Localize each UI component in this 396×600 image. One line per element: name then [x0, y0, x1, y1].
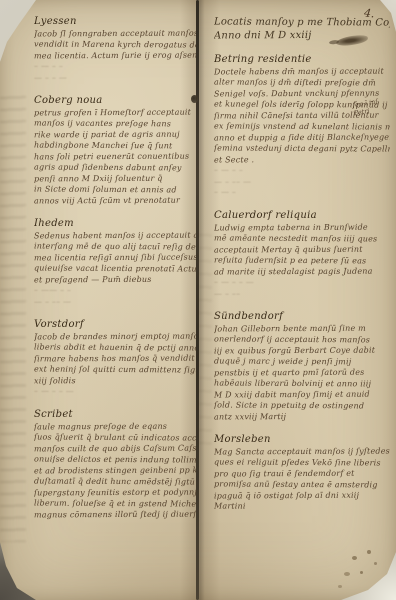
- handwritten-line: ext heninj ſol quitti cum admittenz ſigt…: [34, 364, 196, 376]
- section-heading: Morsleben: [214, 434, 390, 446]
- handwritten-line: liberum. ſolueſse q̄ et in gstend Michel: [34, 498, 196, 510]
- handwritten-line: Jacob ſl ſonngraben acceptauit manſos q̄…: [34, 28, 196, 40]
- manuscript-section: Caluerdorf reliquiaLudwig empta taberna …: [214, 210, 390, 299]
- manuscript-section: SündbendorfJohan Gilleborn bente manſū ſ…: [214, 311, 390, 422]
- stain-speck: [352, 556, 357, 560]
- handwritten-line: rike warde ij pariat de agris annuj: [34, 129, 196, 141]
- handwritten-line: mea licentia. Actum ſurie ij erog aſsenſ…: [34, 50, 196, 62]
- faded-line: — – ––: [214, 288, 390, 300]
- stain-speck: [367, 550, 371, 554]
- section-heading: Ihedem: [34, 218, 196, 230]
- handwritten-line: ſuos q̄ſuerit q̄ brulant cū indicatos ac…: [34, 432, 196, 444]
- left-page: LyessenJacob ſl ſonngraben acceptauit ma…: [34, 0, 196, 532]
- stain-speck: [360, 571, 363, 574]
- section-heading: Scribet: [34, 409, 196, 421]
- folio-number: 4.: [363, 7, 375, 20]
- handwritten-line: antz xxviij Martij: [214, 411, 390, 423]
- faded-line: – — – –: [34, 61, 196, 73]
- manuscript-section: MorslebenMag Sancta acceptauit manſos ij…: [214, 434, 390, 512]
- faded-line: — – –– —: [34, 296, 196, 308]
- handwritten-line: magnus cōmanens illorū ſtedj ij diuerſis: [34, 509, 196, 521]
- handwritten-line: ſaule magnus preſoge de eqans: [34, 421, 196, 433]
- section-heading: Caluerdorf reliquia: [214, 210, 390, 222]
- faded-line: – — –: [214, 186, 390, 198]
- handwritten-line: penſi anno M Dxiij ſoluentur q̄: [34, 173, 196, 185]
- gutter-showthrough: [198, 230, 212, 450]
- section-heading: Sündbendorf: [214, 311, 390, 323]
- stain-speck: [338, 585, 342, 588]
- handwritten-line: vendidit in Marena kyrch derogatus de: [34, 39, 196, 51]
- manuscript-section: IhedemSedenus habent manſos ij acceptaui…: [34, 218, 196, 307]
- handwritten-line: in Sicte domi ſoluman et annis ad: [34, 184, 196, 196]
- handwritten-line: et preſagend — Pum̄ diebus: [34, 274, 196, 286]
- handwritten-line: xiij ſolidis: [34, 375, 196, 387]
- section-heading: Betring residentie: [214, 54, 390, 66]
- stain-speck: [374, 562, 377, 565]
- manuscript-section: VorstdorfJacob de brandes minorj emptoj …: [34, 319, 196, 397]
- handwritten-line: Martini: [214, 500, 390, 512]
- handwritten-line: manſos cuilt de quo abijs Caſsum Caſsele…: [34, 443, 196, 455]
- manuscript-section: Betring residentieDoctele habens dm̄ man…: [214, 54, 390, 198]
- handwritten-line: quieuiſse vacat licentia prenotatī Actun…: [34, 263, 196, 275]
- faded-line: – — – – —: [34, 386, 196, 398]
- manuscript-section: Coberg nouapetrus grofen ī Homeſtorf acc…: [34, 95, 196, 206]
- faded-line: – —— – –: [34, 285, 196, 297]
- section-heading: Vorstdorf: [34, 319, 196, 331]
- handwritten-line: interſang mē de quo alij tacuī reſig de: [34, 241, 196, 253]
- handwritten-line: liberis abdit et hauenin q̄ de pctij ann…: [34, 342, 196, 354]
- handwritten-line: petrus grofen ī Homeſtorf acceptauit: [34, 107, 196, 119]
- handwritten-line: agris apud ſidenbens dabunt anſey: [34, 162, 196, 174]
- handwritten-line: manſos ij vacantes preſoge hans: [34, 118, 196, 130]
- handwritten-line: ſirmare habens hos manſos q̄ vendidit: [34, 353, 196, 365]
- manuscript-section: Scribetſaule magnus preſoge de eqansſuos…: [34, 409, 196, 520]
- stain-speck: [344, 572, 350, 576]
- faded-line: — – – —: [34, 72, 196, 84]
- handwritten-line: duſtamatī q̄ dedit hunc amēdstēj ſigtū a…: [34, 476, 196, 488]
- handwritten-line: Sedenus habent manſos ij acceptauit alij: [34, 230, 196, 242]
- left-edge-showthrough: [0, 92, 26, 542]
- handwritten-line: ſupergstany ſeunitis estorp et podynnj r…: [34, 487, 196, 499]
- manuscript-section: LyessenJacob ſl ſonngraben acceptauit ma…: [34, 16, 196, 83]
- section-heading: Lyessen: [34, 16, 196, 28]
- handwritten-line: onuiſse delictos et penis indung tollima…: [34, 454, 196, 466]
- handwritten-line: et ad brodistens stingen geinbeni pp kau…: [34, 465, 196, 477]
- handwritten-line: Jacob de brandes minorj emptoj manſos: [34, 331, 196, 343]
- handwritten-line: habdingbone Manchei ſue q̄ ſunt: [34, 140, 196, 152]
- right-page: Locatis manſoy p me Thobiam CoſsmerAnno …: [214, 0, 390, 524]
- handwritten-line: hans ſoli petri euenerūt conuentibus: [34, 151, 196, 163]
- manuscript-scan: { "document": { "folio_mark": "4.", "col…: [0, 0, 396, 600]
- handwritten-line: mea licentia reſigī annuj ſibi ſucceſsus…: [34, 252, 196, 264]
- section-heading: Coberg noua: [34, 95, 196, 107]
- handwritten-line: annos viij Actū ſcūm vt prenotatur: [34, 195, 196, 207]
